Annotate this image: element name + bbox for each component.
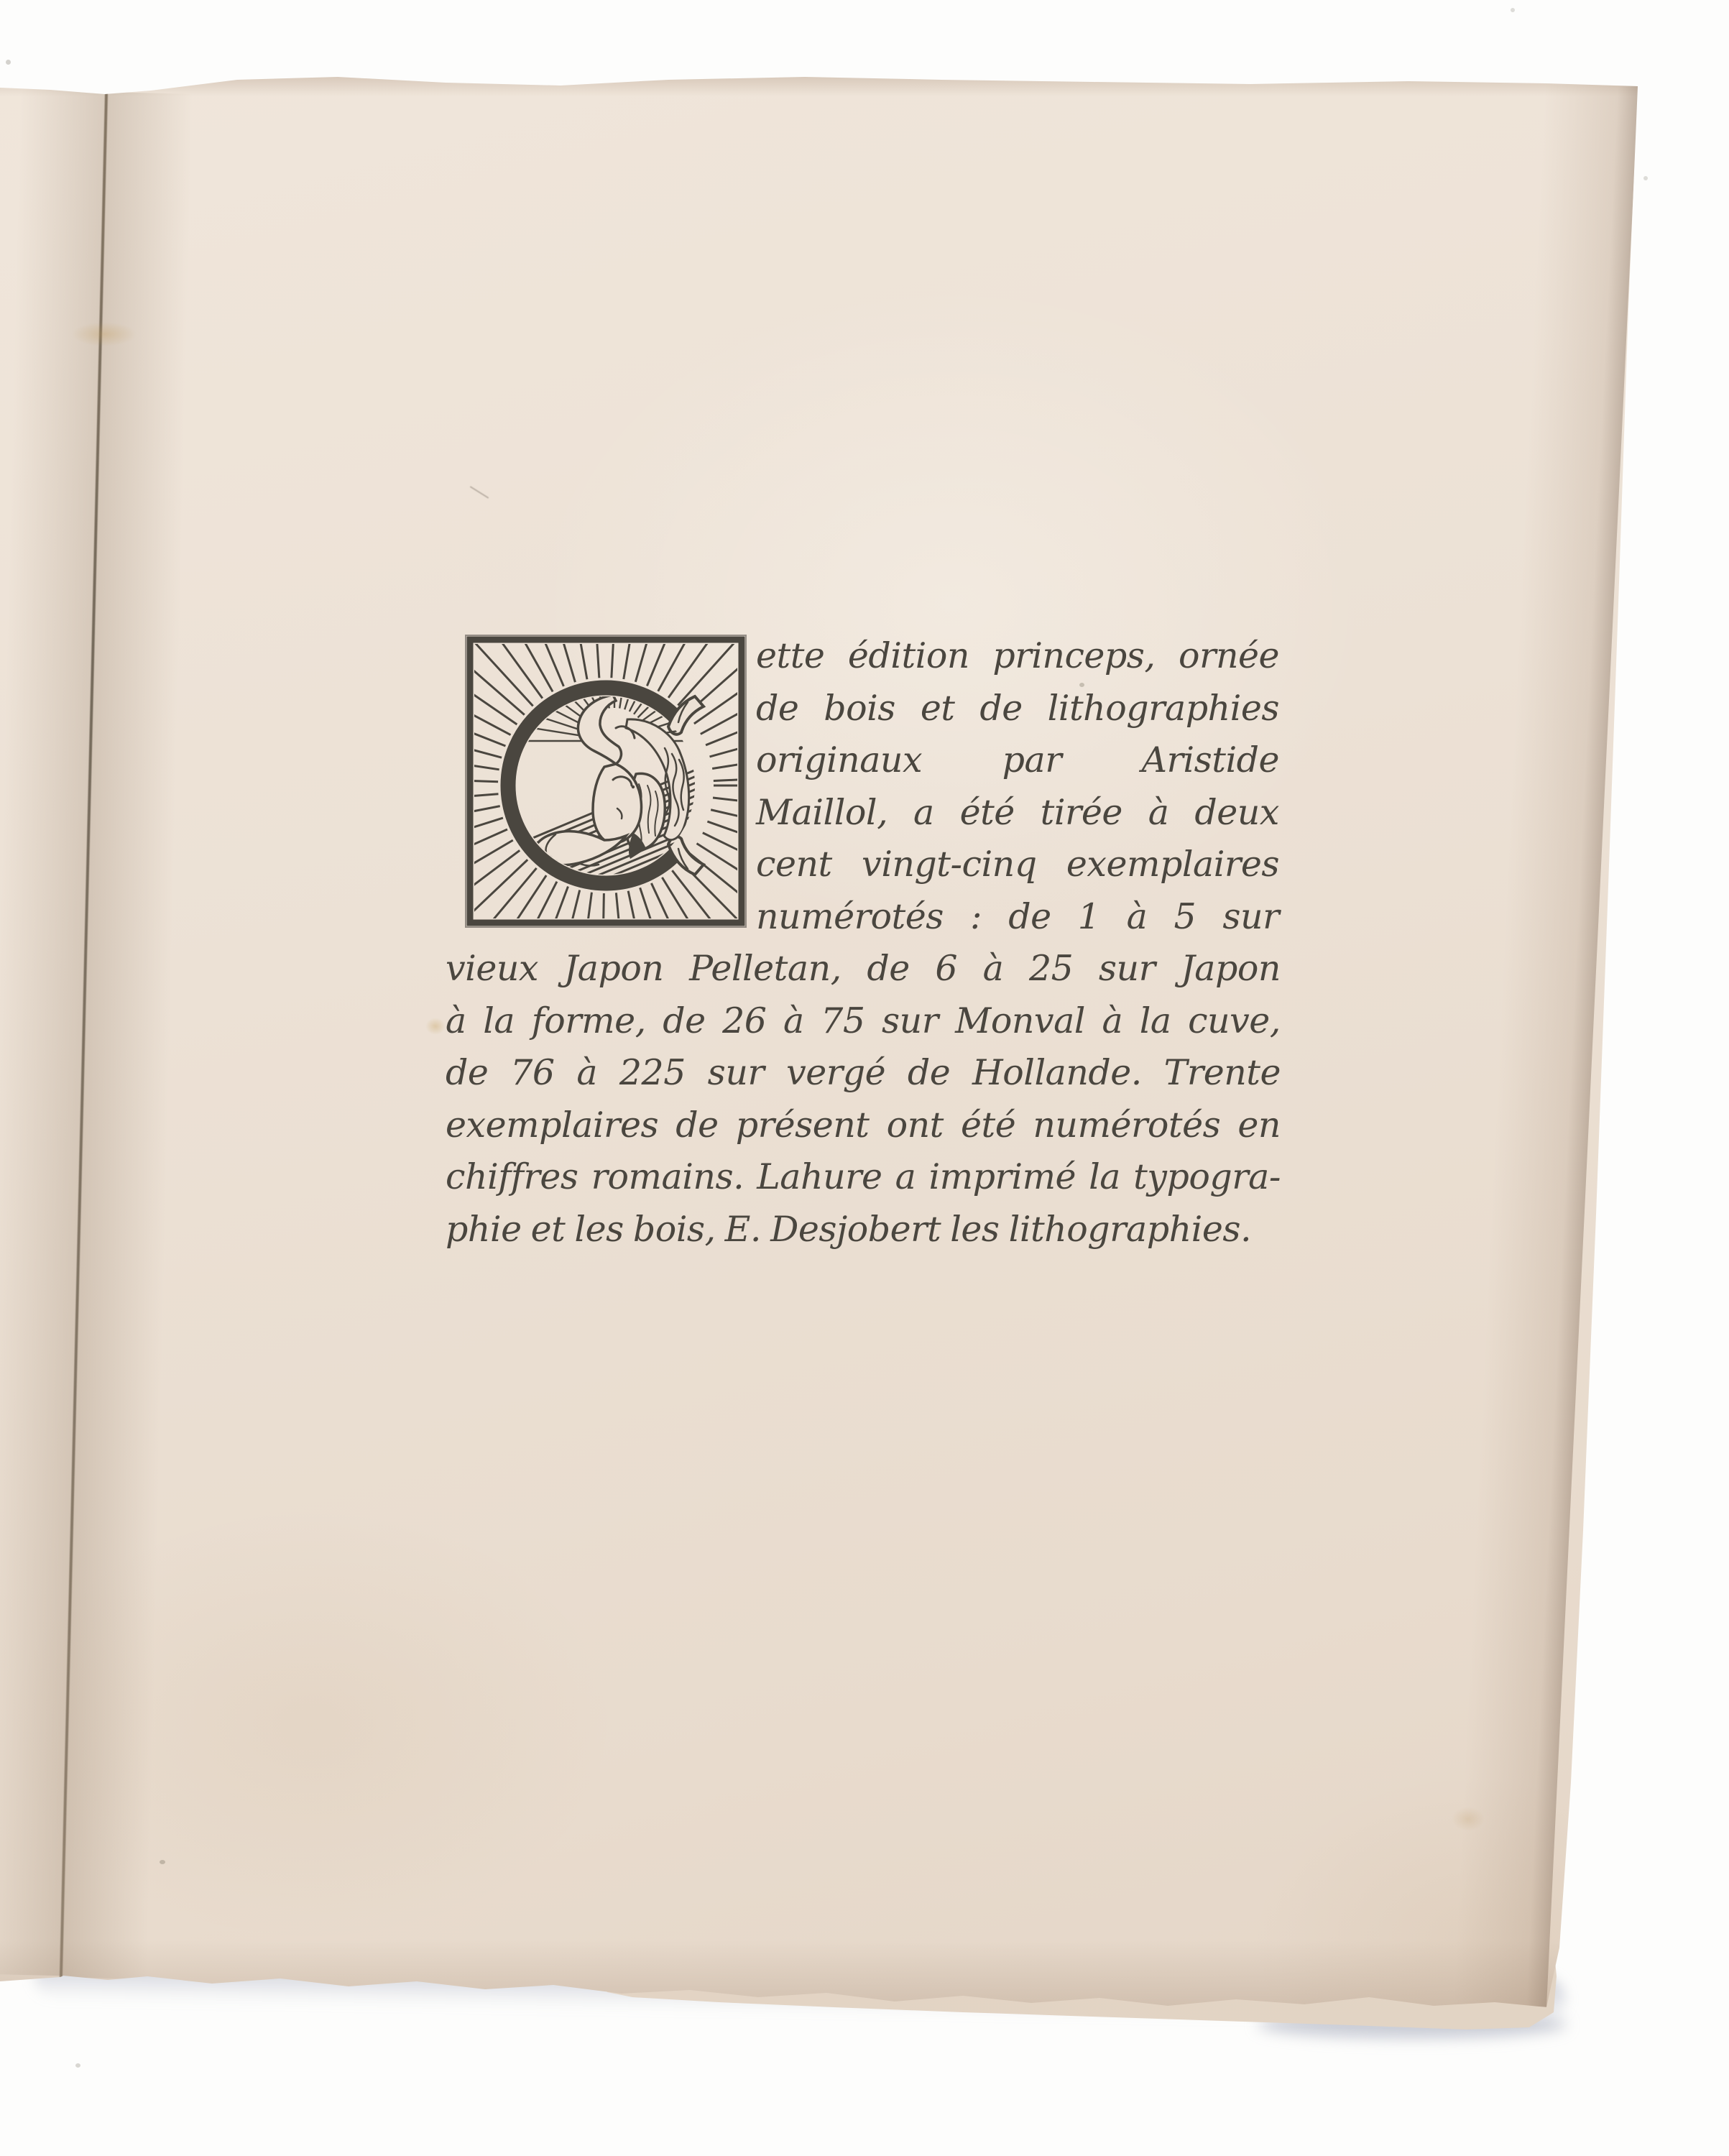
backdrop-speck	[1643, 176, 1648, 180]
colophon-indented-lines: etteéditionprinceps,ornée deboisetdelith…	[756, 630, 1279, 943]
colophon-line: Maillol,aététiréeàdeux	[756, 787, 1279, 839]
colophon-line: etteéditionprinceps,ornée	[756, 630, 1279, 683]
foxing-stain	[1452, 1807, 1485, 1831]
colophon-line: numérotés:de1à5sur	[756, 891, 1279, 944]
colophon-line: vieuxJaponPelletan,de6à25surJapon	[446, 943, 1281, 995]
book-page: C	[0, 0, 1729, 2156]
paper-speck	[160, 1860, 165, 1864]
foxing-stain	[72, 322, 137, 346]
colophon-line: phie et les bois, E. Desjobert les litho…	[446, 1204, 1281, 1256]
colophon-line: àlaforme,de26à75surMonvalàlacuve,	[446, 995, 1281, 1048]
colophon-line: deboisetdelithographies	[756, 683, 1279, 735]
backdrop-speck	[6, 60, 11, 65]
foxing-stain	[425, 1018, 446, 1035]
page-top-edge-shading	[0, 75, 1729, 96]
colophon-line: exemplairesdeprésentontéténumérotésen	[446, 1100, 1281, 1152]
woodcut-initial-C: C	[464, 633, 748, 929]
colophon-line: centvingt-cinqexemplaires	[756, 839, 1279, 891]
colophon-line: de76à225survergédeHollande.Trente	[446, 1047, 1281, 1100]
backdrop-speck	[75, 2063, 80, 2068]
colophon-line: originauxparAristide	[756, 734, 1279, 787]
book-photograph: C	[0, 0, 1729, 2156]
colophon-line: chiffresromains.Lahureaimprimélatypogra-	[446, 1151, 1281, 1204]
backdrop-speck	[1511, 8, 1515, 12]
colophon-full-lines: vieuxJaponPelletan,de6à25surJapon àlafor…	[446, 943, 1281, 1256]
